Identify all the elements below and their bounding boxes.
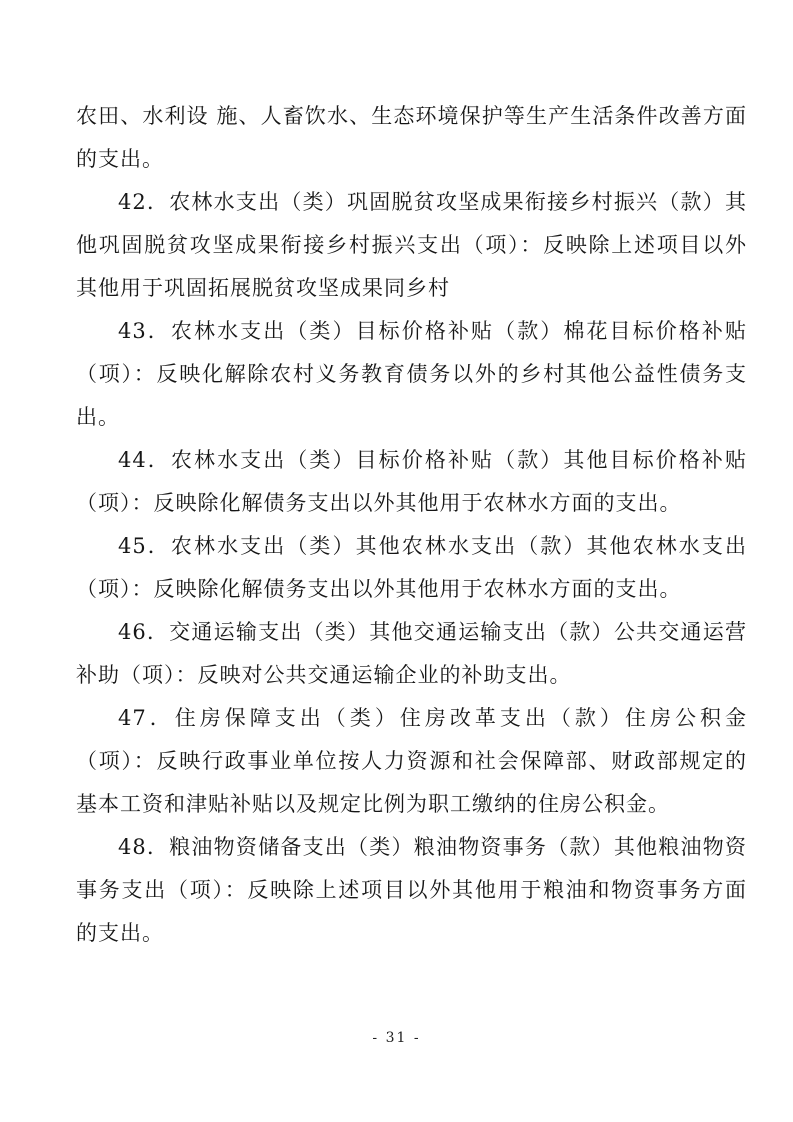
page-number: - 31 - bbox=[0, 1030, 793, 1046]
paragraph-item-45: 45．农林水支出（类）其他农林水支出（款）其他农林水支出（项）：反映除化解债务支… bbox=[76, 525, 747, 611]
paragraph-item-46: 46．交通运输支出（类）其他交通运输支出（款）公共交通运营补助（项）：反映对公共… bbox=[76, 611, 747, 697]
paragraph-item-43: 43．农林水支出（类）目标价格补贴（款）棉花目标价格补贴（项）：反映化解除农村义… bbox=[76, 310, 747, 439]
paragraph-item-48: 48．粮油物资储备支出（类）粮油物资事务（款）其他粮油物资事务支出（项）：反映除… bbox=[76, 826, 747, 955]
paragraph-item-44: 44．农林水支出（类）目标价格补贴（款）其他目标价格补贴（项）：反映除化解债务支… bbox=[76, 439, 747, 525]
paragraph-carryover: 农田、水利设 施、人畜饮水、生态环境保护等生产生活条件改善方面的支出。 bbox=[76, 95, 747, 181]
paragraph-item-47: 47．住房保障支出（类）住房改革支出（款）住房公积金（项）：反映行政事业单位按人… bbox=[76, 697, 747, 826]
document-page: 农田、水利设 施、人畜饮水、生态环境保护等生产生活条件改善方面的支出。 42．农… bbox=[0, 0, 793, 1122]
paragraph-item-42: 42．农林水支出（类）巩固脱贫攻坚成果衔接乡村振兴（款）其他巩固脱贫攻坚成果衔接… bbox=[76, 181, 747, 310]
document-body: 农田、水利设 施、人畜饮水、生态环境保护等生产生活条件改善方面的支出。 42．农… bbox=[76, 95, 747, 955]
